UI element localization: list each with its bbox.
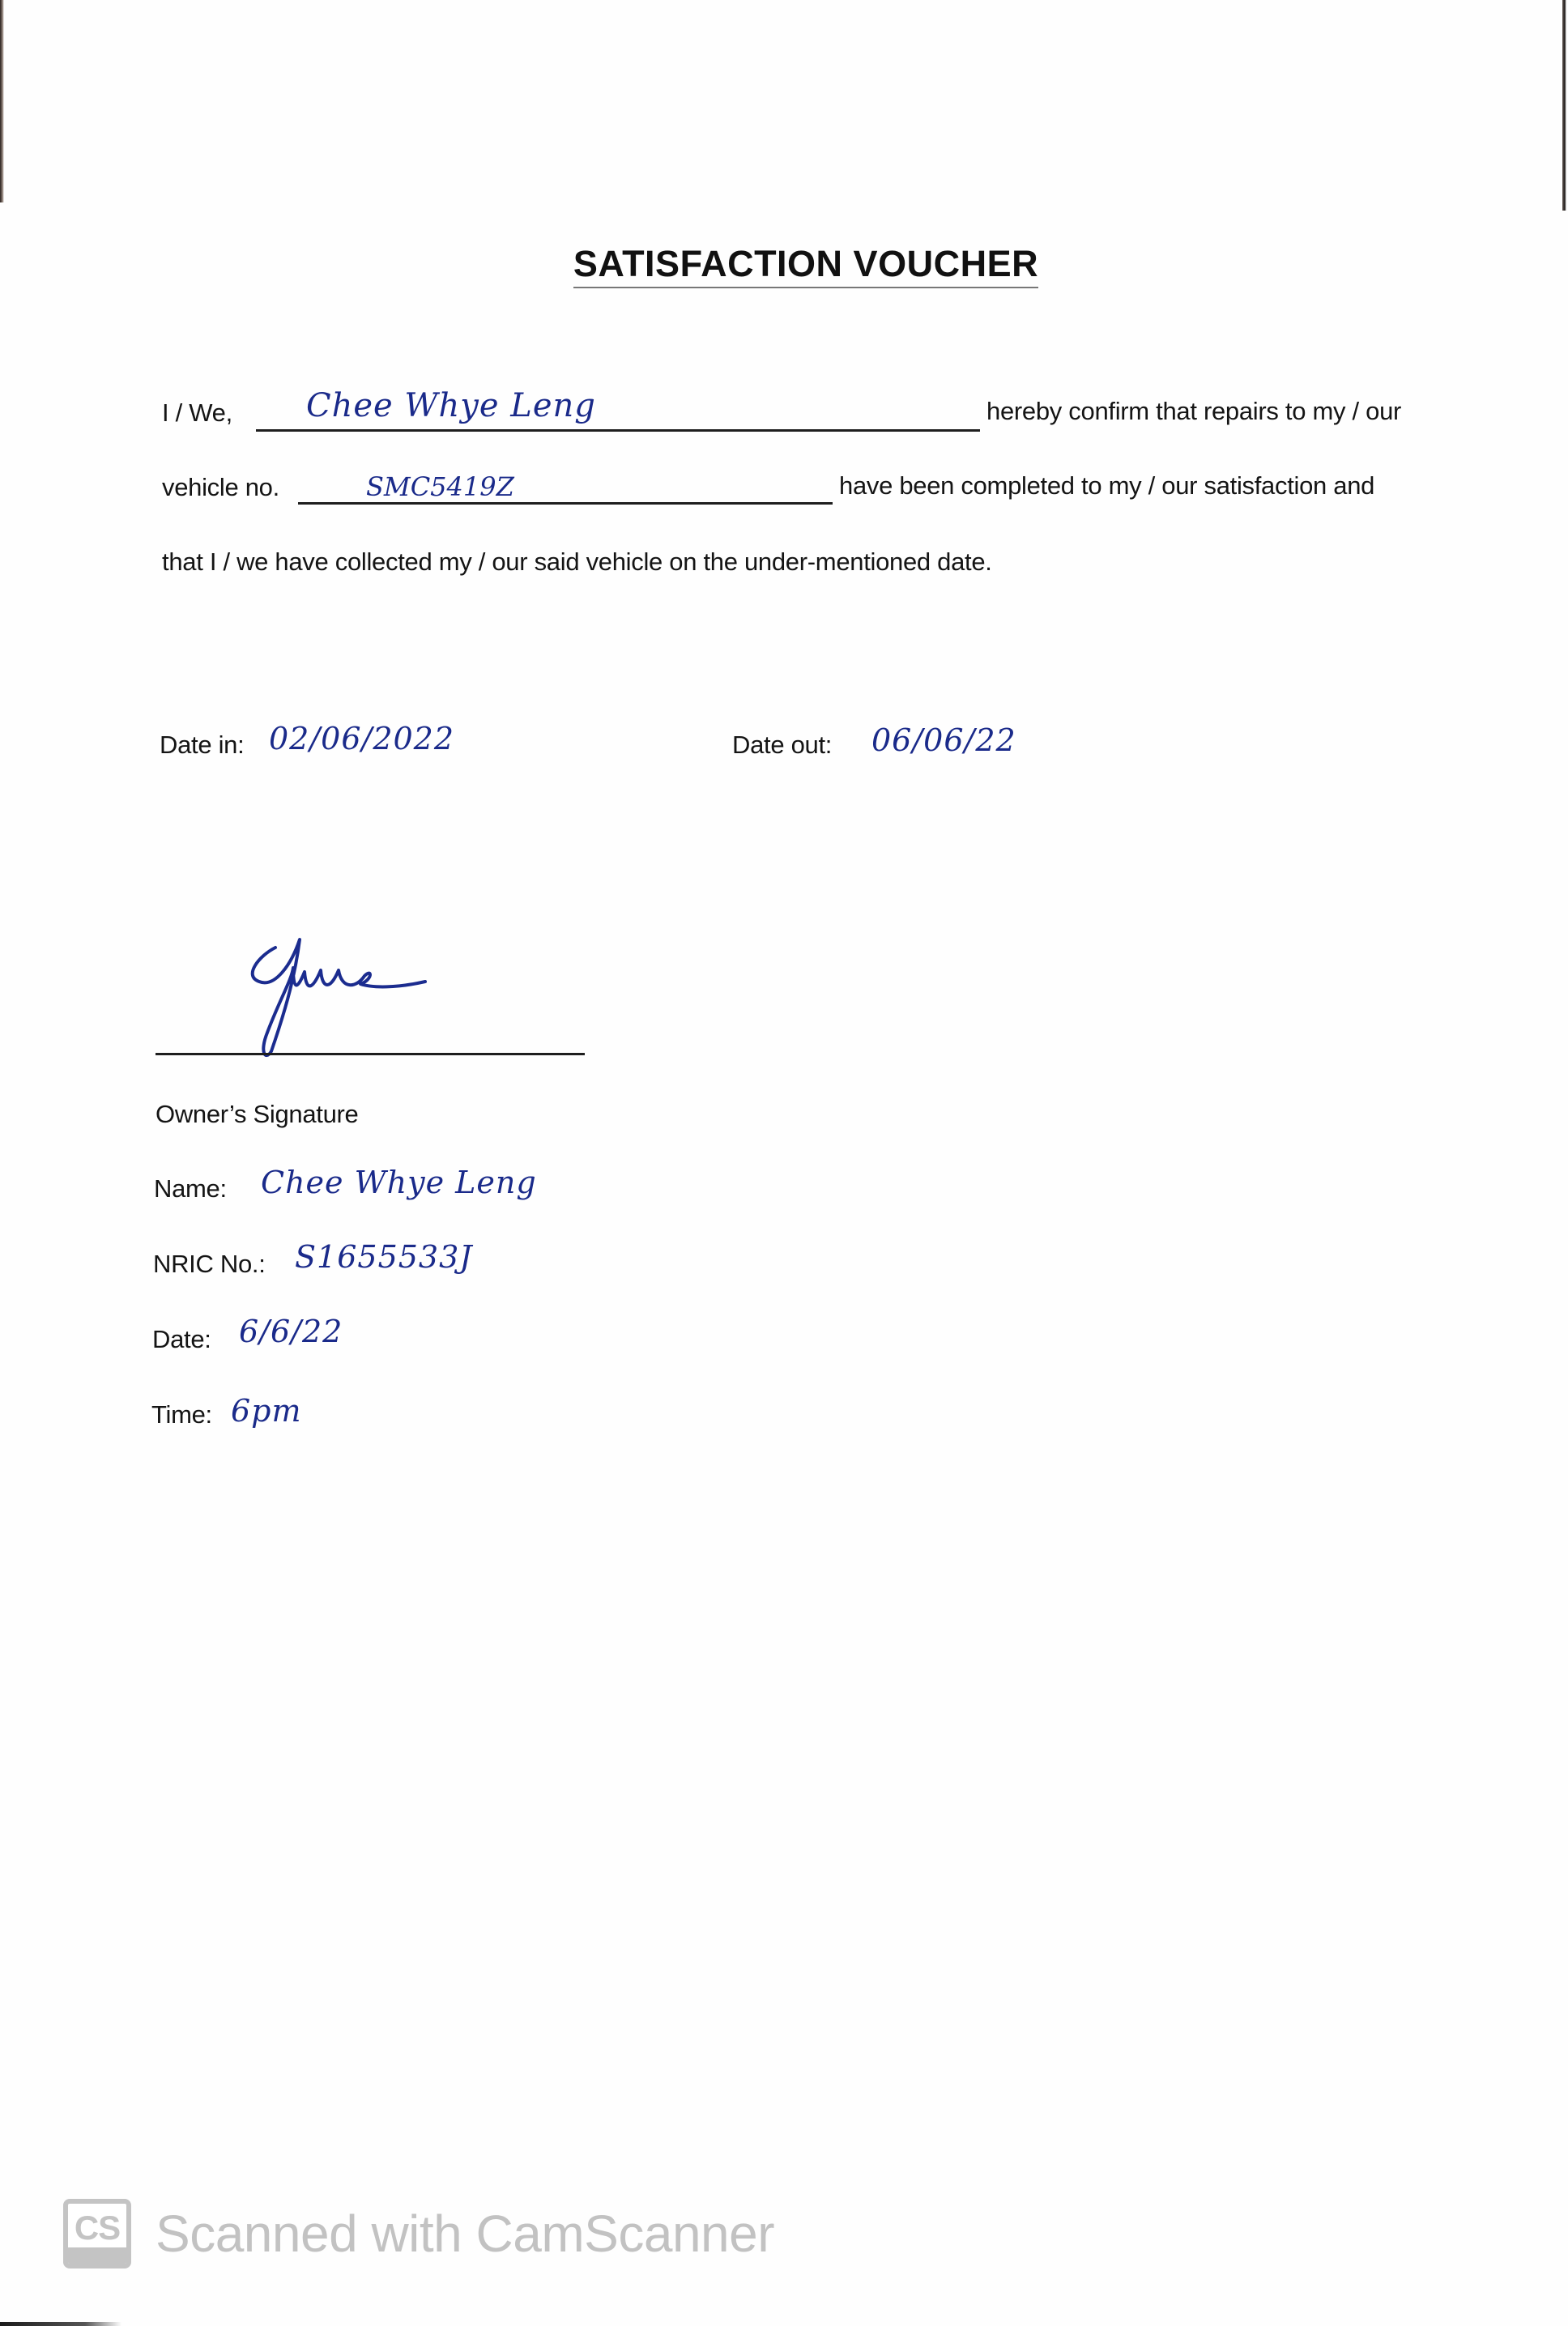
signature-line bbox=[156, 1053, 585, 1055]
camscanner-watermark: CS Scanned with CamScanner bbox=[63, 2196, 774, 2271]
line3: that I / we have collected my / our said… bbox=[162, 547, 992, 577]
date-out-value: 06/06/22 bbox=[871, 722, 1016, 758]
date-label: Date: bbox=[152, 1325, 211, 1354]
line1-suffix: hereby confirm that repairs to my / our bbox=[986, 397, 1401, 426]
time-label: Time: bbox=[151, 1400, 212, 1429]
line2-suffix: have been completed to my / our satisfac… bbox=[839, 471, 1374, 501]
camscanner-logo-bar bbox=[68, 2247, 126, 2264]
document-title-text: SATISFACTION VOUCHER bbox=[573, 243, 1038, 288]
line2-prefix: vehicle no. bbox=[162, 473, 279, 502]
camscanner-logo-icon: CS bbox=[63, 2199, 131, 2268]
scanned-page: SATISFACTION VOUCHER I / We, Chee Whye L… bbox=[0, 0, 1568, 2326]
camscanner-text: Scanned with CamScanner bbox=[156, 2204, 774, 2264]
date-out-label: Date out: bbox=[732, 731, 832, 760]
line1-prefix: I / We, bbox=[162, 398, 232, 428]
date-in-value: 02/06/2022 bbox=[269, 721, 454, 756]
scan-edge-right bbox=[1562, 0, 1566, 211]
vehicle-no-handwritten: SMC5419Z bbox=[366, 471, 514, 502]
nric-label: NRIC No.: bbox=[153, 1250, 266, 1279]
vehicle-no-underline bbox=[298, 502, 833, 505]
date-in-label: Date in: bbox=[160, 731, 244, 760]
scan-edge-left bbox=[0, 0, 4, 202]
camscanner-logo-text: CS bbox=[68, 2209, 126, 2247]
scan-edge-bottom bbox=[0, 2322, 121, 2326]
owner-signature-label: Owner’s Signature bbox=[156, 1100, 359, 1129]
name-label: Name: bbox=[154, 1174, 227, 1203]
owner-name-underline bbox=[256, 429, 980, 432]
owner-signature bbox=[243, 931, 437, 1061]
name-value: Chee Whye Leng bbox=[261, 1165, 537, 1200]
owner-name-handwritten: Chee Whye Leng bbox=[306, 387, 596, 424]
time-value: 6pm bbox=[231, 1393, 302, 1429]
document-title: SATISFACTION VOUCHER bbox=[0, 243, 1568, 285]
date-value: 6/6/22 bbox=[239, 1314, 343, 1349]
nric-value: S1655533J bbox=[295, 1239, 473, 1275]
